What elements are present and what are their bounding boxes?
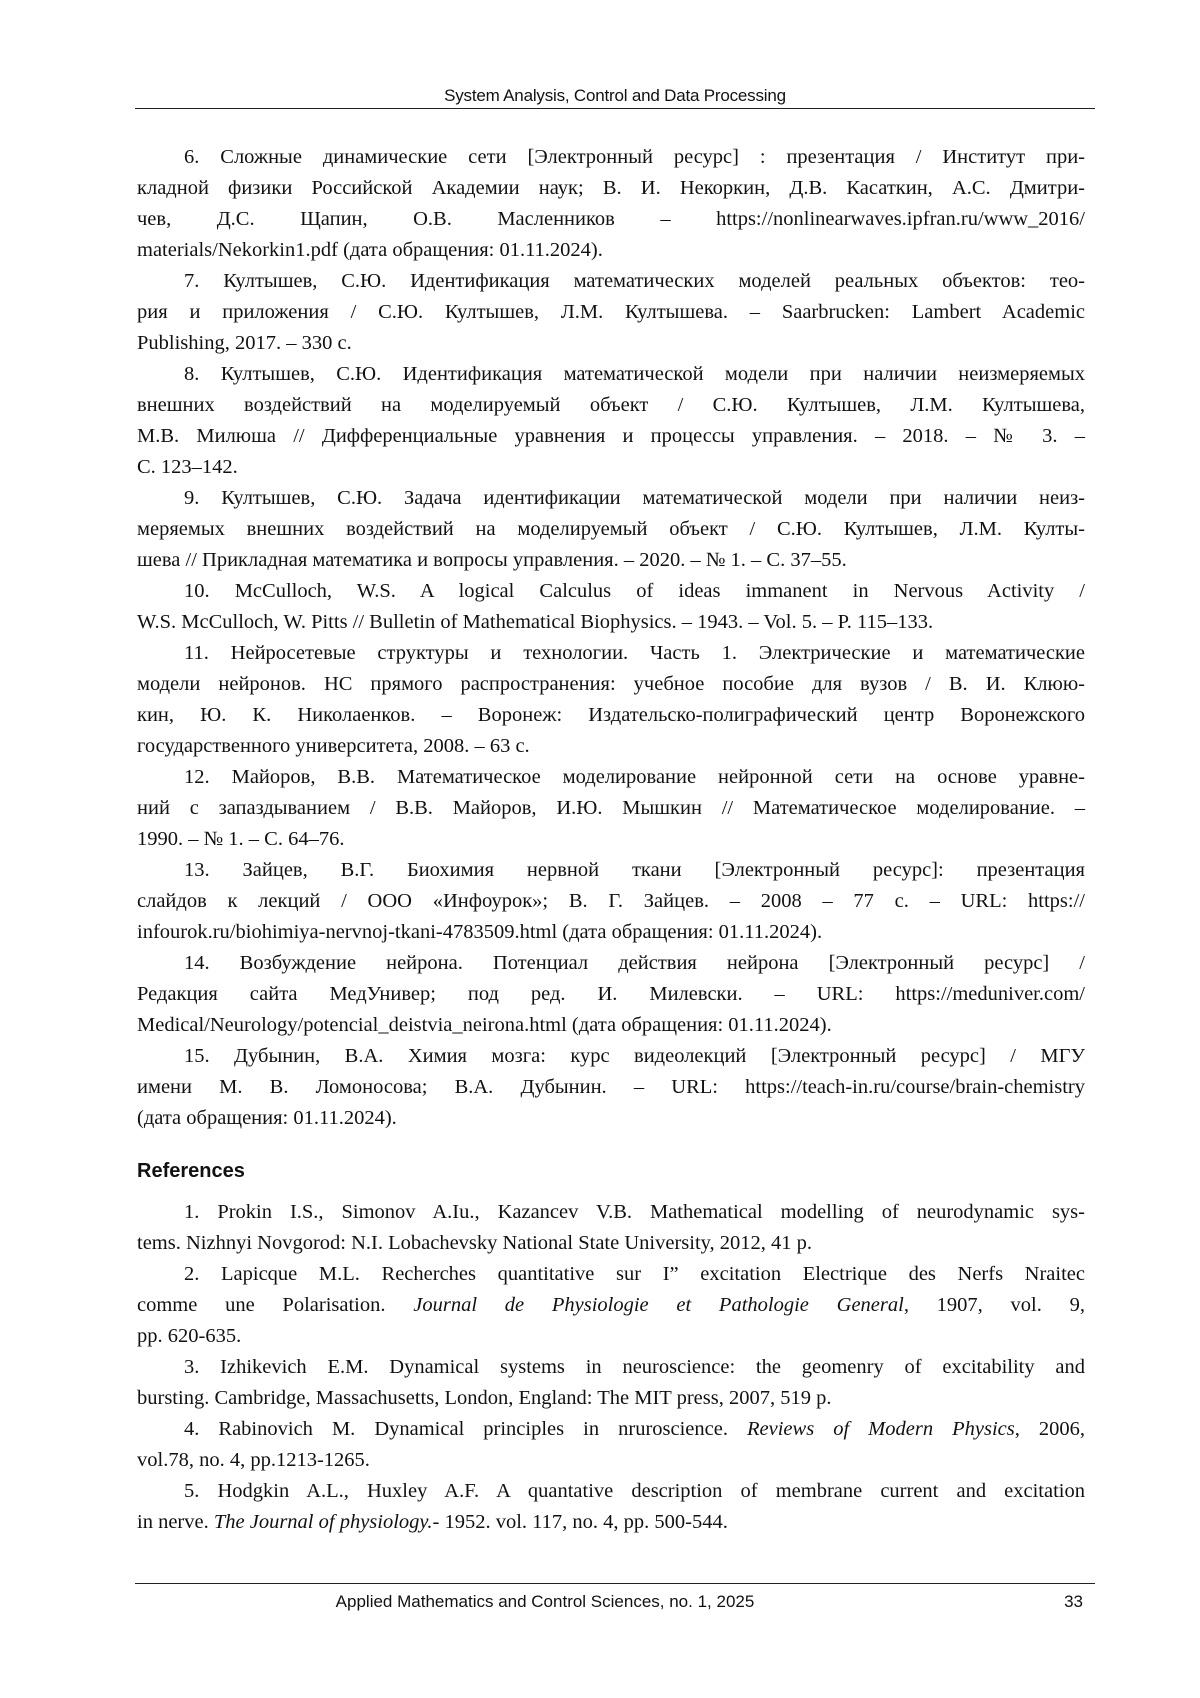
reference-text: - 1952. vol. 117, no. 4, pp. 500-544. bbox=[433, 1511, 728, 1533]
running-header-title: System Analysis, Control and Data Proces… bbox=[135, 86, 1095, 106]
reference-line: materials/Nekorkin1.pdf (дата обращения:… bbox=[137, 235, 1085, 266]
reference-line: государственного университета, 2008. – 6… bbox=[137, 731, 1085, 762]
reference-line: 2. Lapicque M.L. Recherches quantitative… bbox=[137, 1259, 1085, 1290]
reference-text: in nerve. bbox=[137, 1511, 214, 1533]
reference-line: 11. Нейросетевые структуры и технологии.… bbox=[137, 638, 1085, 669]
reference-item-13: 13. Зайцев, В.Г. Биохимия нервной ткани … bbox=[137, 855, 1085, 948]
reference-line: 12. Майоров, В.В. Математическое моделир… bbox=[137, 762, 1085, 793]
references-heading: References bbox=[137, 1156, 1085, 1187]
page-footer: Applied Mathematics and Control Sciences… bbox=[135, 1592, 1095, 1618]
footer-journal-title: Applied Mathematics and Control Sciences… bbox=[135, 1592, 955, 1612]
reference-line: 1990. – № 1. – С. 64–76. bbox=[137, 824, 1085, 855]
reference-text: 1. Prokin I.S., Simonov A.Iu., Kazancev … bbox=[184, 1201, 1085, 1223]
reference-line: W.S. McCulloch, W. Pitts // Bulletin of … bbox=[137, 607, 1085, 638]
reference-text: pp. 620-635. bbox=[137, 1325, 241, 1347]
reference-line: 4. Rabinovich M. Dynamical principles in… bbox=[137, 1414, 1085, 1445]
reference-item-12: 12. Майоров, В.В. Математическое моделир… bbox=[137, 762, 1085, 855]
reference-item-3: 3. Izhikevich E.M. Dynamical systems in … bbox=[137, 1352, 1085, 1414]
reference-line: внешних воздействий на моделируемый объе… bbox=[137, 390, 1085, 421]
reference-line: слайдов к лекций / ООО «Инфоурок»; В. Г.… bbox=[137, 886, 1085, 917]
journal-title: The Journal of physiology. bbox=[214, 1511, 433, 1533]
reference-item-1: 1. Prokin I.S., Simonov A.Iu., Kazancev … bbox=[137, 1197, 1085, 1259]
reference-line: кин, Ю. К. Николаенков. – Воронеж: Издат… bbox=[137, 700, 1085, 731]
reference-item-6: 6. Сложные динамические сети [Электронны… bbox=[137, 142, 1085, 266]
russian-reference-list: 6. Сложные динамические сети [Электронны… bbox=[137, 142, 1085, 1134]
reference-line: модели нейронов. НС прямого распростране… bbox=[137, 669, 1085, 700]
reference-line: pp. 620-635. bbox=[137, 1321, 1085, 1352]
reference-text: bursting. Cambridge, Massachusetts, Lond… bbox=[137, 1387, 831, 1409]
reference-text: 2. Lapicque M.L. Recherches quantitative… bbox=[184, 1263, 1085, 1285]
reference-item-5: 5. Hodgkin A.L., Huxley A.F. A quantativ… bbox=[137, 1476, 1085, 1538]
reference-text: tems. Nizhnyi Novgorod: N.I. Lobachevsky… bbox=[137, 1232, 812, 1254]
reference-line: 14. Возбуждение нейрона. Потенциал дейст… bbox=[137, 948, 1085, 979]
reference-item-7: 7. Култышев, С.Ю. Идентификация математи… bbox=[137, 266, 1085, 359]
reference-line: 9. Култышев, С.Ю. Задача идентификации м… bbox=[137, 483, 1085, 514]
reference-text: 3. Izhikevich E.M. Dynamical systems in … bbox=[184, 1356, 1085, 1378]
reference-line: Редакция сайта МедУнивер; под ред. И. Ми… bbox=[137, 979, 1085, 1010]
reference-body: 6. Сложные динамические сети [Электронны… bbox=[137, 142, 1085, 1538]
reference-line: имени М. В. Ломоносова; В.А. Дубынин. – … bbox=[137, 1072, 1085, 1103]
reference-line: 1. Prokin I.S., Simonov A.Iu., Kazancev … bbox=[137, 1197, 1085, 1228]
reference-line: Publishing, 2017. – 330 с. bbox=[137, 328, 1085, 359]
reference-line: 15. Дубынин, В.А. Химия мозга: курс виде… bbox=[137, 1041, 1085, 1072]
reference-line: vol.78, no. 4, pp.1213-1265. bbox=[137, 1445, 1085, 1476]
reference-line: 13. Зайцев, В.Г. Биохимия нервной ткани … bbox=[137, 855, 1085, 886]
reference-text: , 2006, bbox=[1015, 1418, 1085, 1440]
reference-line: ний с запаздыванием / В.В. Майоров, И.Ю.… bbox=[137, 793, 1085, 824]
reference-line: шева // Прикладная математика и вопросы … bbox=[137, 545, 1085, 576]
reference-line: bursting. Cambridge, Massachusetts, Lond… bbox=[137, 1383, 1085, 1414]
reference-line: 7. Култышев, С.Ю. Идентификация математи… bbox=[137, 266, 1085, 297]
reference-item-11: 11. Нейросетевые структуры и технологии.… bbox=[137, 638, 1085, 762]
reference-text: 4. Rabinovich M. Dynamical principles in… bbox=[184, 1418, 747, 1440]
reference-item-4: 4. Rabinovich M. Dynamical principles in… bbox=[137, 1414, 1085, 1476]
reference-item-9: 9. Култышев, С.Ю. Задача идентификации м… bbox=[137, 483, 1085, 576]
reference-item-15: 15. Дубынин, В.А. Химия мозга: курс виде… bbox=[137, 1041, 1085, 1134]
journal-title: Journal de Physiologie et Pathologie Gen… bbox=[413, 1294, 904, 1316]
document-page: System Analysis, Control and Data Proces… bbox=[0, 0, 1200, 1698]
english-reference-list: 1. Prokin I.S., Simonov A.Iu., Kazancev … bbox=[137, 1197, 1085, 1538]
footer-rule bbox=[135, 1583, 1095, 1584]
reference-text: vol.78, no. 4, pp.1213-1265. bbox=[137, 1449, 370, 1471]
reference-line: чев, Д.С. Щапин, О.В. Масленников – http… bbox=[137, 204, 1085, 235]
reference-text: , 1907, vol. 9, bbox=[904, 1294, 1085, 1316]
reference-line: (дата обращения: 01.11.2024). bbox=[137, 1103, 1085, 1134]
reference-line: Medical/Neurology/potencial_deistvia_nei… bbox=[137, 1010, 1085, 1041]
reference-line: tems. Nizhnyi Novgorod: N.I. Lobachevsky… bbox=[137, 1228, 1085, 1259]
reference-line: меряемых внешних воздействий на моделиру… bbox=[137, 514, 1085, 545]
page-number: 33 bbox=[1064, 1592, 1083, 1612]
header-rule bbox=[135, 108, 1095, 109]
reference-line: comme une Polarisation. Journal de Physi… bbox=[137, 1290, 1085, 1321]
reference-item-2: 2. Lapicque M.L. Recherches quantitative… bbox=[137, 1259, 1085, 1352]
reference-line: 6. Сложные динамические сети [Электронны… bbox=[137, 142, 1085, 173]
reference-line: 8. Култышев, С.Ю. Идентификация математи… bbox=[137, 359, 1085, 390]
reference-line: кладной физики Российской Академии наук;… bbox=[137, 173, 1085, 204]
reference-line: С. 123–142. bbox=[137, 452, 1085, 483]
reference-line: in nerve. The Journal of physiology.- 19… bbox=[137, 1507, 1085, 1538]
reference-text: 5. Hodgkin A.L., Huxley A.F. A quantativ… bbox=[184, 1480, 1085, 1502]
reference-line: infourok.ru/biohimiya-nervnoj-tkani-4783… bbox=[137, 917, 1085, 948]
reference-item-8: 8. Култышев, С.Ю. Идентификация математи… bbox=[137, 359, 1085, 483]
journal-title: Reviews of Modern Physics bbox=[747, 1418, 1015, 1440]
reference-line: М.В. Милюша // Дифференциальные уравнени… bbox=[137, 421, 1085, 452]
reference-item-10: 10. McCulloch, W.S. A logical Calculus o… bbox=[137, 576, 1085, 638]
reference-line: рия и приложения / С.Ю. Култышев, Л.М. К… bbox=[137, 297, 1085, 328]
reference-line: 5. Hodgkin A.L., Huxley A.F. A quantativ… bbox=[137, 1476, 1085, 1507]
reference-text: comme une Polarisation. bbox=[137, 1294, 413, 1316]
reference-line: 3. Izhikevich E.M. Dynamical systems in … bbox=[137, 1352, 1085, 1383]
reference-item-14: 14. Возбуждение нейрона. Потенциал дейст… bbox=[137, 948, 1085, 1041]
reference-line: 10. McCulloch, W.S. A logical Calculus o… bbox=[137, 576, 1085, 607]
